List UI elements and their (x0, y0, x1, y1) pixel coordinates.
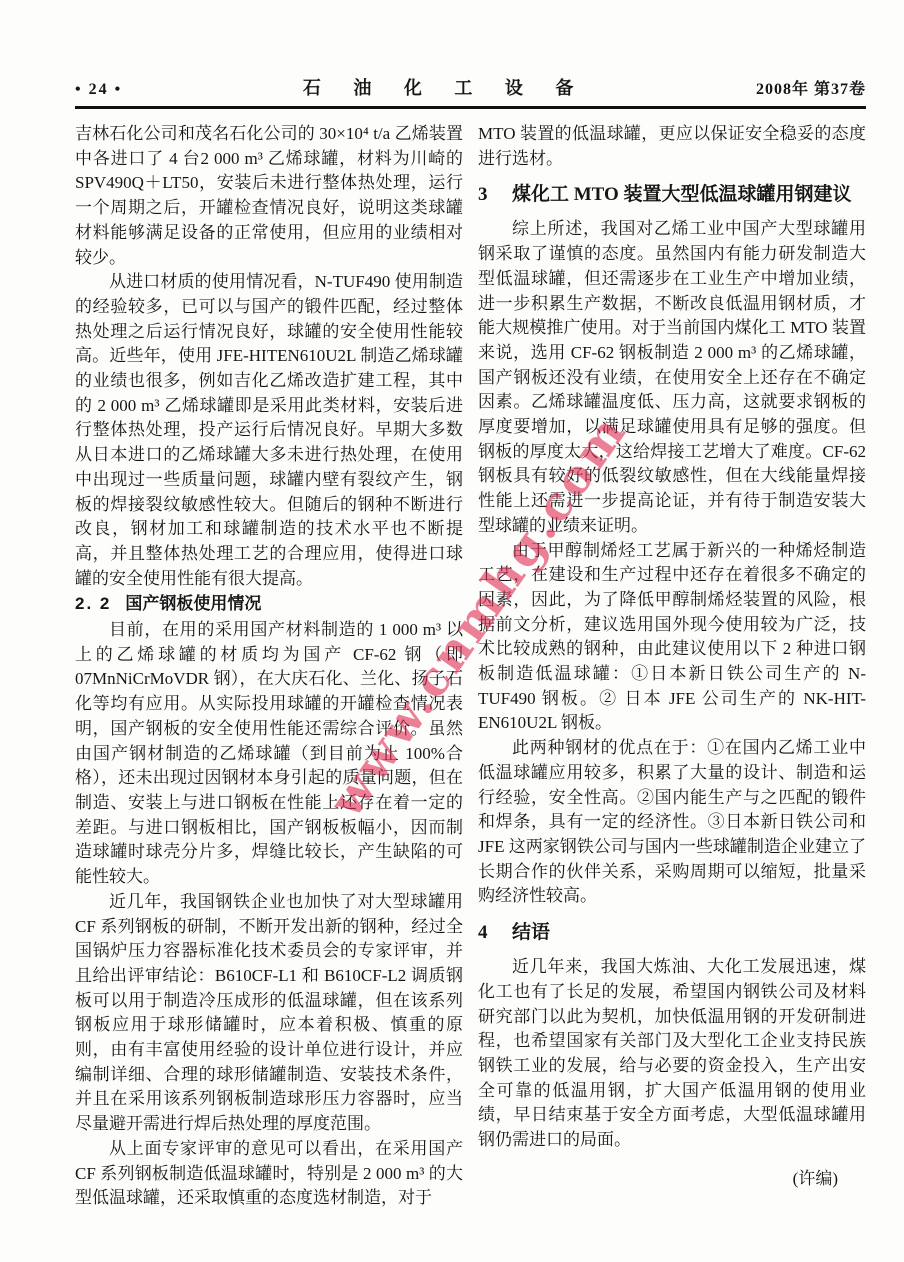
editor-note: (许编) (478, 1167, 866, 1192)
paragraph: 近几年，我国钢铁企业也加快了对大型球罐用 CF 系列钢板的研制，不断开发出新的钢… (75, 890, 463, 1137)
paragraph: 从进口材质的使用情况看，N-TUF490 使用制造的经验较多，已可以与国产的锻件… (75, 270, 463, 591)
section-number: 2. 2 (75, 594, 111, 613)
paragraph: 由于甲醇制烯烃工艺属于新兴的一种烯烃制造工艺，在建设和生产过程中还存在着很多不确… (478, 539, 866, 737)
journal-title: 石 油 化 工 设 备 (303, 74, 588, 100)
section-heading-2-2: 2. 2国产钢板使用情况 (75, 592, 463, 617)
page-header: • 24 • 石 油 化 工 设 备 2008年 第37卷 (75, 74, 866, 100)
header-rule (75, 106, 866, 109)
page-number: • 24 • (75, 81, 122, 99)
section-heading-3: 3 煤化工 MTO 装置大型低温球罐用钢建议 (478, 181, 866, 208)
paragraph: 此两种钢材的优点在于：①在国内乙烯工业中低温球罐应用较多，积累了大量的设计、制造… (478, 736, 866, 909)
paragraph: 综上所述，我国对乙烯工业中国产大型球罐用钢采取了谨慎的态度。虽然国内有能力研发制… (478, 217, 866, 538)
paragraph: MTO 装置的低温球罐，更应以保证安全稳妥的态度进行选材。 (478, 122, 866, 171)
paragraph: 从上面专家评审的意见可以看出，在采用国产 CF 系列钢板制造低温球罐时，特别是 … (75, 1137, 463, 1211)
paragraph: 近几年来，我国大炼油、大化工发展迅速，煤化工也有了长足的发展，希望国内钢铁公司及… (478, 955, 866, 1153)
left-column: 吉林石化公司和茂名石化公司的 30×10⁴ t/a 乙烯装置中各进口了 4 台2… (75, 122, 463, 1211)
issue-info: 2008年 第37卷 (756, 76, 866, 99)
right-column: MTO 装置的低温球罐，更应以保证安全稳妥的态度进行选材。 3 煤化工 MTO … (478, 122, 866, 1211)
section-heading-4: 4 结语 (478, 919, 866, 946)
article-body: 吉林石化公司和茂名石化公司的 30×10⁴ t/a 乙烯装置中各进口了 4 台2… (75, 122, 866, 1211)
paragraph: 目前，在用的采用国产材料制造的 1 000 m³ 以上的乙烯球罐的材质均为国产 … (75, 618, 463, 890)
section-title: 结语 (512, 919, 866, 946)
section-number: 3 (478, 181, 512, 208)
section-title: 煤化工 MTO 装置大型低温球罐用钢建议 (512, 181, 866, 208)
paragraph: 吉林石化公司和茂名石化公司的 30×10⁴ t/a 乙烯装置中各进口了 4 台2… (75, 122, 463, 270)
section-number: 4 (478, 919, 512, 946)
journal-page: • 24 • 石 油 化 工 设 备 2008年 第37卷 吉林石化公司和茂名石… (0, 0, 904, 1262)
section-title: 国产钢板使用情况 (125, 594, 261, 613)
